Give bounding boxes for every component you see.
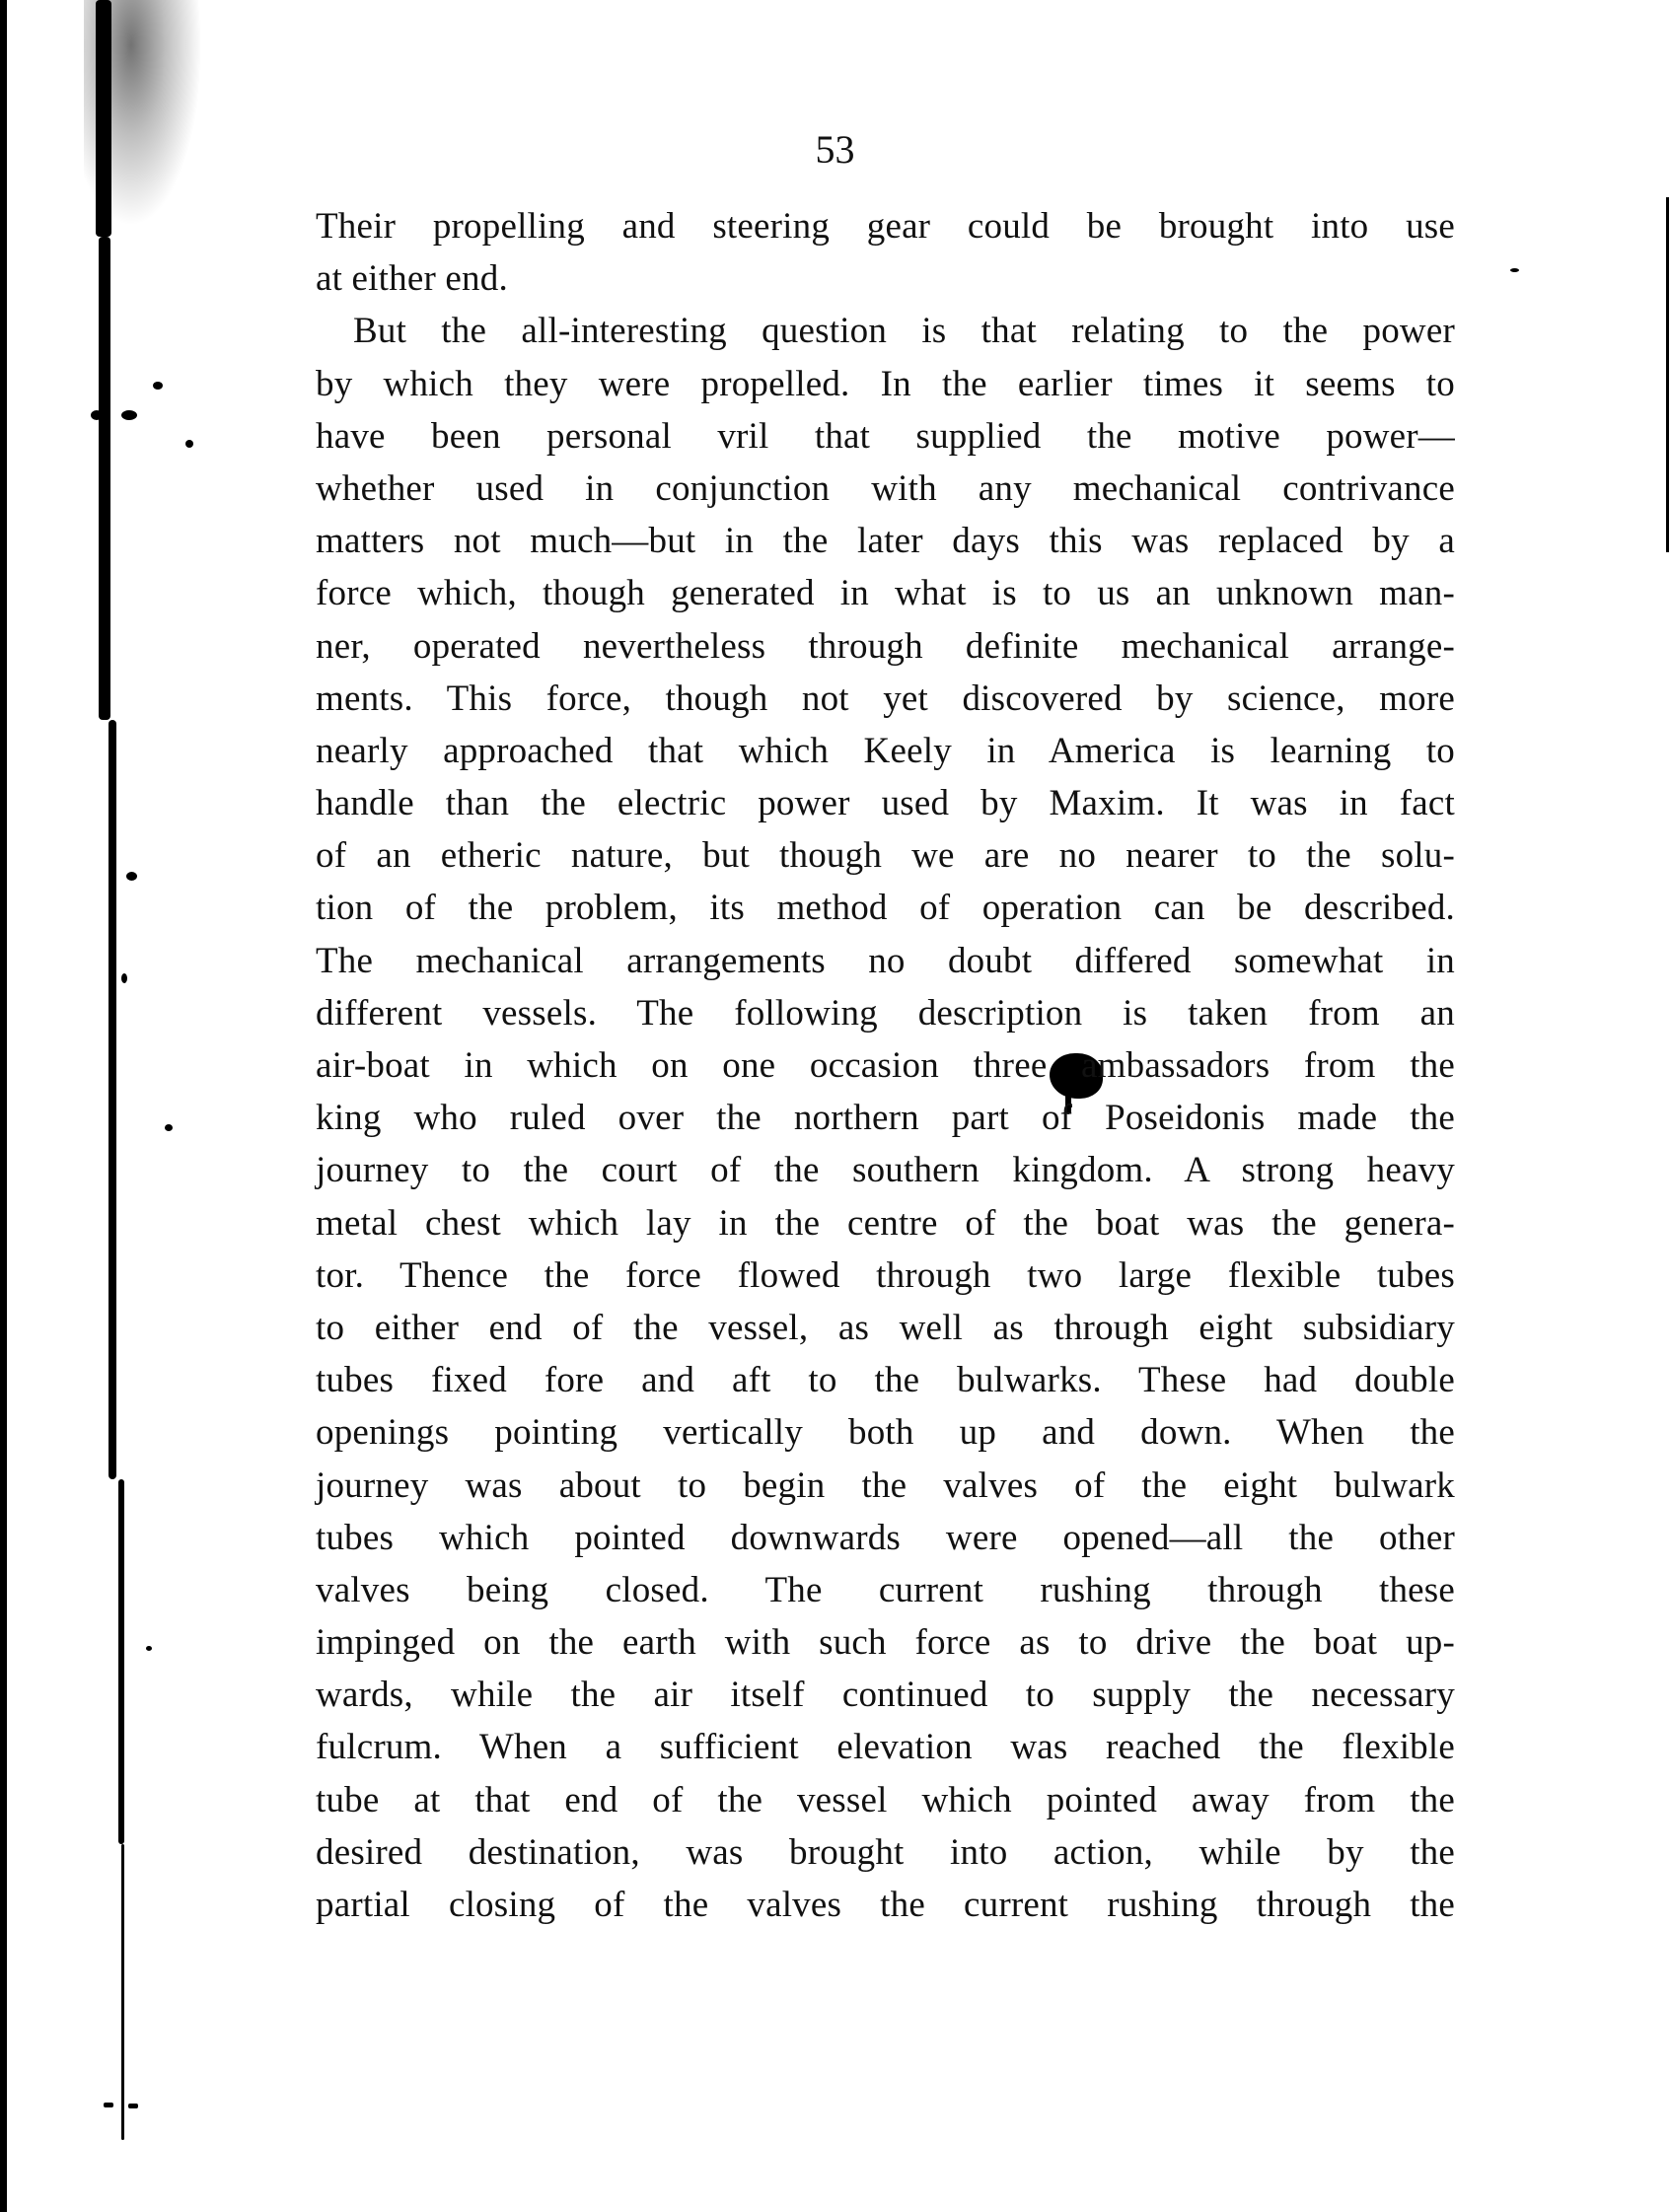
text-line: But the all-interesting question is that… [316, 305, 1455, 357]
binding-shadow [121, 1844, 124, 2140]
text-line: air-boat in which on one occasion three … [316, 1039, 1455, 1092]
text-line: openings pointing vertically both up and… [316, 1406, 1455, 1459]
scan-speck [91, 410, 103, 420]
text-line: journey was about to begin the valves of… [316, 1460, 1455, 1512]
text-line: by which they were propelled. In the ear… [316, 358, 1455, 410]
text-line: king who ruled over the northern part of… [316, 1092, 1455, 1144]
scan-speck [185, 440, 193, 448]
scan-speck [104, 2103, 113, 2107]
text-line: desired destination, was brought into ac… [316, 1826, 1455, 1879]
text-line: impinged on the earth with such force as… [316, 1616, 1455, 1669]
scan-edge-right [1666, 197, 1669, 552]
text-line: journey to the court of the southern kin… [316, 1144, 1455, 1196]
scan-speck [126, 872, 137, 881]
text-line: tubes which pointed downwards were opene… [316, 1512, 1455, 1564]
text-line: tion of the problem, its method of opera… [316, 882, 1455, 934]
text-line: nearly approached that which Keely in Am… [316, 725, 1455, 777]
text-line: Their propelling and steering gear could… [316, 200, 1455, 252]
text-line: force which, though generated in what is… [316, 567, 1455, 619]
binding-shadow [118, 1479, 124, 1844]
text-line: ments. This force, though not yet discov… [316, 673, 1455, 725]
text-line: at either end. [316, 252, 1455, 305]
text-line: tubes fixed fore and aft to the bulwarks… [316, 1354, 1455, 1406]
scan-speck [121, 410, 137, 420]
scan-speck [128, 2104, 138, 2108]
text-line: fulcrum. When a sufficient elevation was… [316, 1721, 1455, 1773]
text-line: tube at that end of the vessel which poi… [316, 1774, 1455, 1826]
scanned-book-page: 53 Their propelling and steering gear co… [0, 0, 1670, 2212]
scan-speck [146, 1646, 152, 1651]
text-line: wards, while the air itself continued to… [316, 1669, 1455, 1721]
text-line: valves being closed. The current rushing… [316, 1564, 1455, 1616]
text-line: metal chest which lay in the centre of t… [316, 1197, 1455, 1249]
scan-speck [153, 382, 163, 390]
text-line: have been personal vril that supplied th… [316, 410, 1455, 463]
binding-shadow [109, 720, 116, 1479]
scan-speck [121, 973, 127, 983]
body-text: Their propelling and steering gear could… [316, 200, 1455, 1931]
text-line: whether used in conjunction with any mec… [316, 463, 1455, 515]
text-line: tor. Thence the force flowed through two… [316, 1249, 1455, 1302]
text-line: different vessels. The following descrip… [316, 987, 1455, 1039]
text-line: to either end of the vessel, as well as … [316, 1302, 1455, 1354]
text-line: matters not much—but in the later days t… [316, 515, 1455, 567]
page-number: 53 [0, 126, 1670, 174]
scan-speck [165, 1124, 173, 1131]
text-line: ner, operated nevertheless through defin… [316, 620, 1455, 673]
text-line: partial closing of the valves the curren… [316, 1879, 1455, 1931]
text-line: of an etheric nature, but though we are … [316, 829, 1455, 882]
text-line: The mechanical arrangements no doubt dif… [316, 935, 1455, 987]
scan-speck [1510, 268, 1519, 272]
binding-shadow [96, 0, 111, 237]
scan-edge-shadow [0, 0, 7, 2212]
binding-shadow [99, 237, 110, 720]
text-line: handle than the electric power used by M… [316, 777, 1455, 829]
